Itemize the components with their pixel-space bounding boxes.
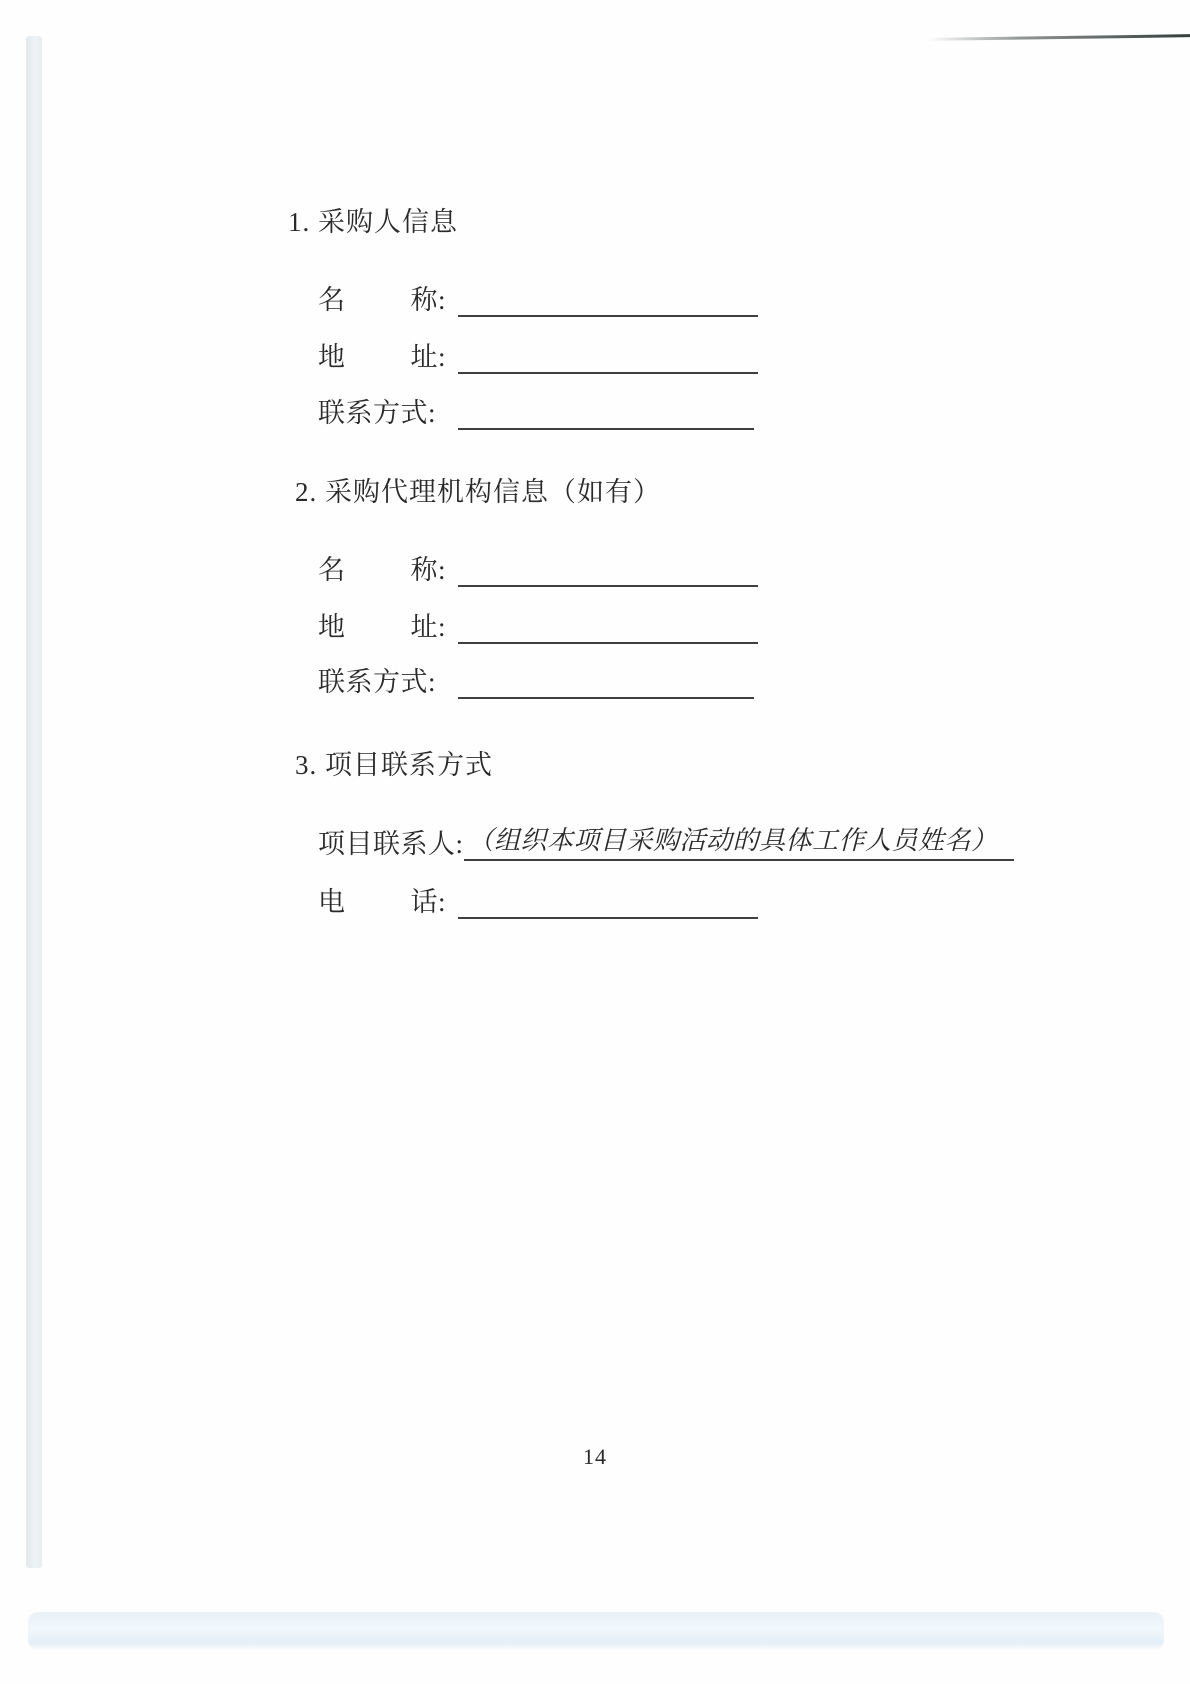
phone-label: 电话: (318, 880, 446, 919)
label-part: 地 (318, 605, 346, 644)
project-contact-row: 项目联系人: （组织本项目采购活动的具体工作人员姓名） (318, 820, 1014, 861)
project-contact-label: 项目联系人: (318, 822, 464, 861)
label-part: 名 (318, 548, 346, 587)
agency-name-row: 名称: (318, 548, 758, 587)
purchaser-address-label: 地址: (318, 335, 446, 374)
label-part: 话: (410, 880, 446, 919)
purchaser-name-row: 名称: (318, 278, 758, 317)
purchaser-address-row: 地址: (318, 335, 758, 374)
scanned-document-page: 1. 采购人信息 名称: 地址: 联系方式: 2. 采购代理机构信息（如有） 名… (0, 0, 1190, 1684)
section1-heading: 1. 采购人信息 (288, 200, 458, 239)
purchaser-name-label: 名称: (318, 278, 446, 317)
label-part: 称: (410, 278, 446, 317)
top-right-scan-line (928, 34, 1190, 41)
agency-name-label: 名称: (318, 548, 446, 587)
purchaser-contact-row: 联系方式: (318, 391, 754, 430)
label-part: 联系方式: (318, 391, 436, 430)
phone-blank-line (458, 885, 758, 919)
phone-row: 电话: (318, 880, 758, 919)
left-scan-edge-band (26, 36, 42, 1568)
label-part: 电 (318, 880, 346, 919)
bottom-scan-streak (28, 1612, 1164, 1650)
label-part: 址: (410, 605, 446, 644)
label-part: 称: (410, 548, 446, 587)
agency-name-blank-line (458, 553, 758, 587)
label-part: 联系方式: (318, 660, 436, 699)
purchaser-contact-blank-line (458, 396, 754, 430)
agency-contact-blank-line (458, 665, 754, 699)
label-part: 址: (410, 335, 446, 374)
agency-address-blank-line (458, 610, 758, 644)
page-number: 14 (30, 1444, 1160, 1470)
purchaser-contact-label: 联系方式: (318, 391, 446, 430)
purchaser-address-blank-line (458, 340, 758, 374)
project-contact-placeholder-underlined: （组织本项目采购活动的具体工作人员姓名） (464, 820, 1014, 861)
section2-heading: 2. 采购代理机构信息（如有） (295, 470, 661, 509)
section3-heading: 3. 项目联系方式 (295, 743, 493, 782)
agency-contact-label: 联系方式: (318, 660, 446, 699)
purchaser-name-blank-line (458, 283, 758, 317)
agency-address-row: 地址: (318, 605, 758, 644)
agency-contact-row: 联系方式: (318, 660, 754, 699)
label-part: 名 (318, 278, 346, 317)
agency-address-label: 地址: (318, 605, 446, 644)
label-part: 地 (318, 335, 346, 374)
